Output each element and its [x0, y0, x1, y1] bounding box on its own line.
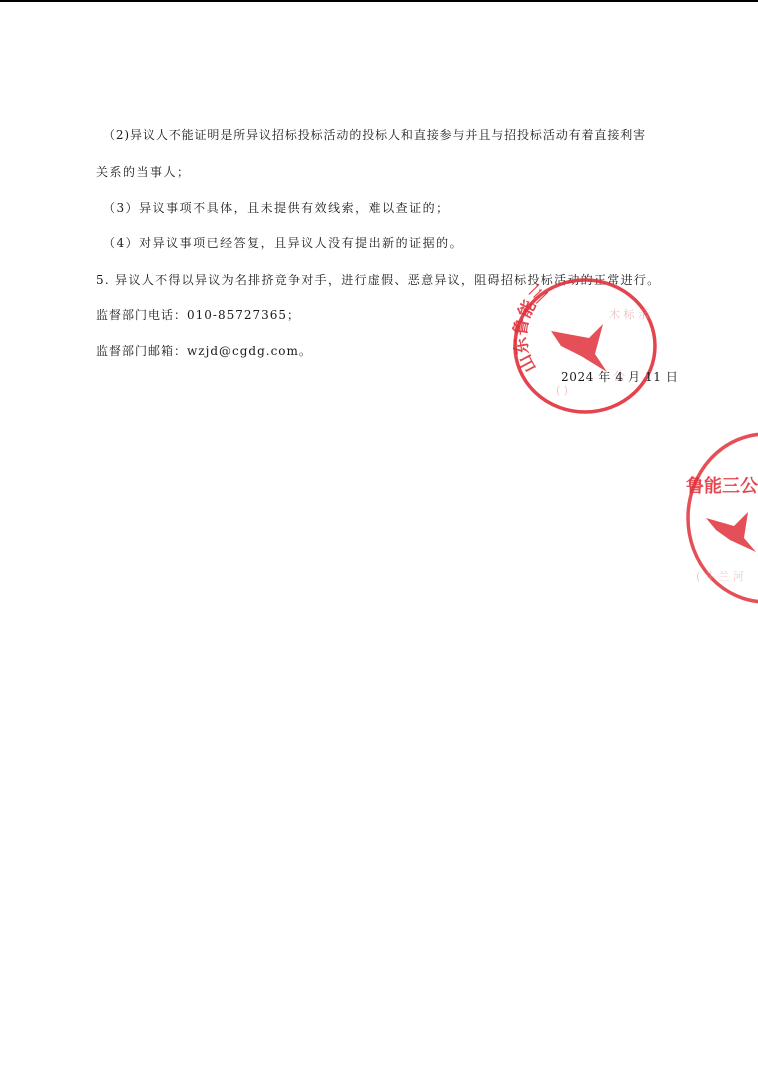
svg-text:山东鲁能三: 山东鲁能三 — [511, 281, 552, 375]
seal-text: 山东鲁能三 — [511, 281, 552, 375]
clause-3: （3）异议事项不具体，且未提供有效线索，难以查证的； — [103, 201, 450, 215]
clause-4: （4）对异议事项已经答复，且异议人没有提出新的证据的。 — [103, 236, 463, 250]
official-seal-icon: 山东鲁能三 木 标 示 公 ( ) — [511, 276, 659, 416]
top-border — [0, 0, 758, 2]
supervision-phone: 监督部门电话：010-85727365； — [96, 308, 300, 322]
clause-2-line-2: 关系的当事人； — [96, 165, 191, 179]
edge-seal-icon: 鲁能三公 ( 斗 兰 河 — [686, 430, 758, 606]
document-date: 2024 年 4 月 11 日 — [561, 368, 679, 385]
item-5: 5. 异议人不得以异议为名排挤竞争对手，进行虚假、恶意异议，阻碍招标投标活动的正… — [96, 273, 660, 287]
edge-seal-text: 鲁能三公 — [686, 475, 758, 497]
clause-2-line-1: （2)异议人不能证明是所异议招标投标活动的投标人和直接参与并且与招投标活动有着直… — [103, 128, 646, 142]
svg-text:木 标 示: 木 标 示 — [609, 307, 650, 321]
svg-text:( 斗 兰 河: ( 斗 兰 河 — [696, 569, 744, 583]
svg-text:( ): ( ) — [556, 384, 568, 397]
supervision-email: 监督部门邮箱：wzjd@cgdg.com。 — [96, 344, 312, 358]
